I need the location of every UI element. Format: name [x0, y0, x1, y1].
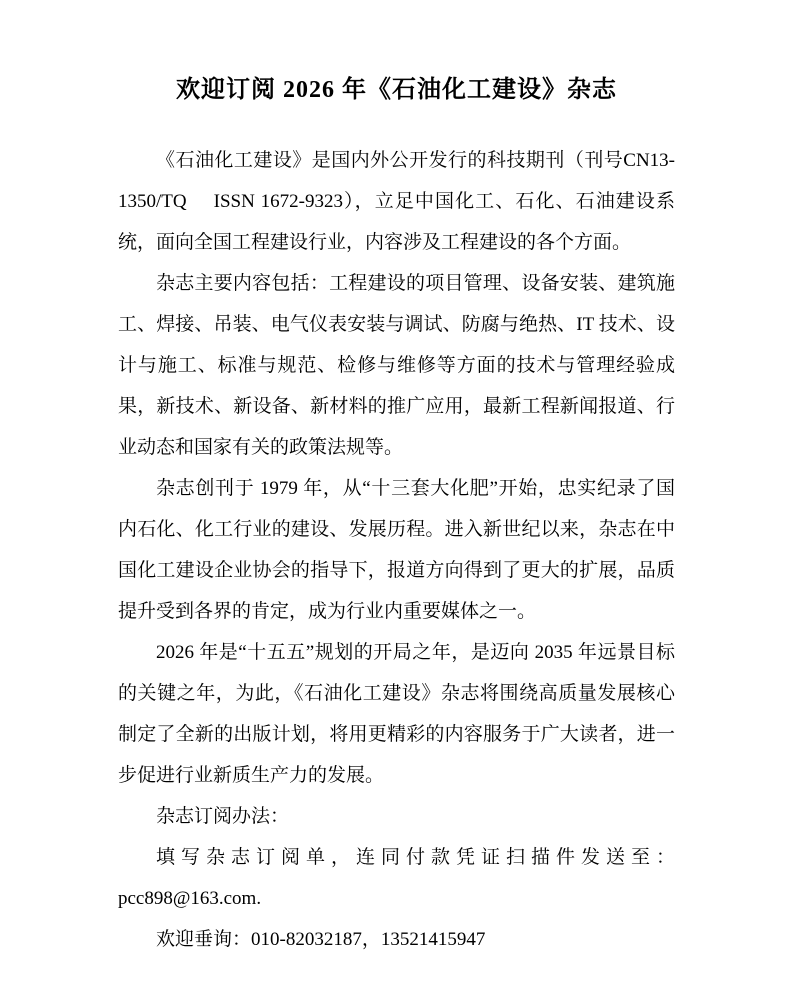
intro-paragraph: 《石油化工建设》是国内外公开发行的科技期刊（刊号CN13-1350/TQ ISS…: [118, 140, 675, 263]
document-page: 欢迎订阅 2026 年《石油化工建设》杂志 《石油化工建设》是国内外公开发行的科…: [0, 0, 793, 992]
content-scope-paragraph: 杂志主要内容包括：工程建设的项目管理、设备安装、建筑施工、焊接、吊装、电气仪表安…: [118, 263, 675, 468]
contact-phone-line: 欢迎垂询：010-82032187，13521415947: [118, 919, 675, 960]
history-paragraph: 杂志创刊于 1979 年，从“十三套大化肥”开始，忠实纪录了国内石化、化工行业的…: [118, 468, 675, 632]
subscription-method-heading: 杂志订阅办法：: [118, 796, 675, 837]
subscription-instructions-line: 填写杂志订阅单，连同付款凭证扫描件发送至：pcc898@163.com.: [118, 837, 675, 919]
plan-2026-paragraph: 2026 年是“十五五”规划的开局之年，是迈向 2035 年远景目标的关键之年，…: [118, 632, 675, 796]
page-title: 欢迎订阅 2026 年《石油化工建设》杂志: [118, 76, 675, 104]
